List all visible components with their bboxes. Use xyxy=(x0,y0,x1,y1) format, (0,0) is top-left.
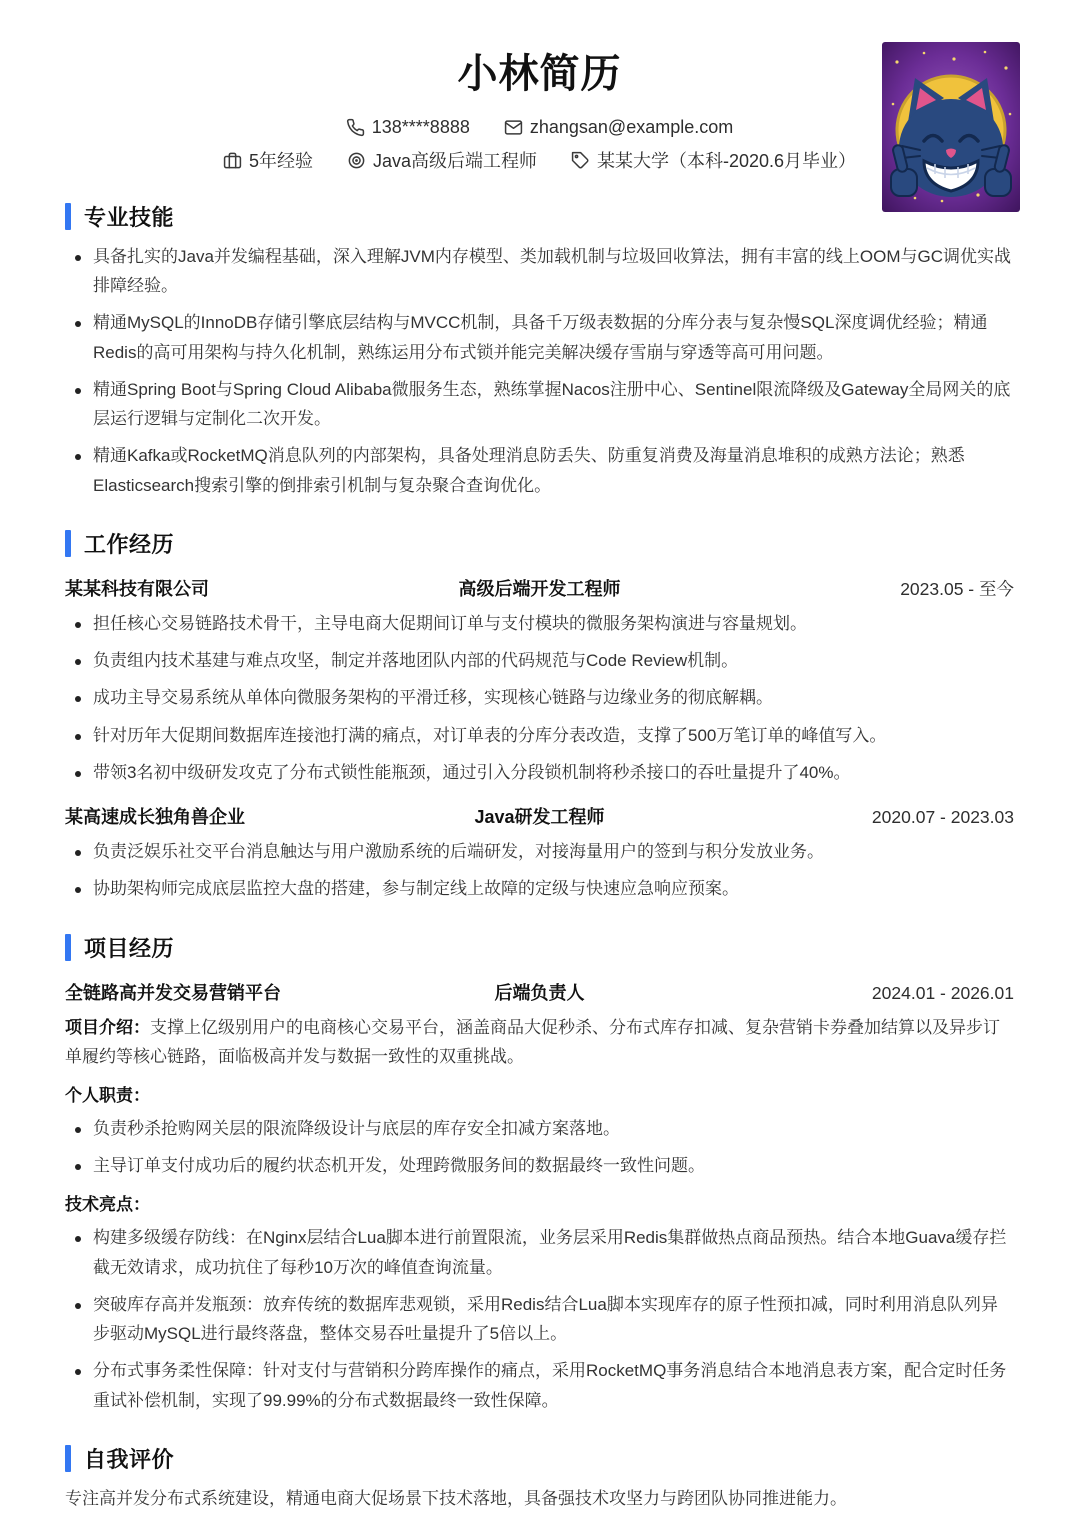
self-evaluation-text: 专注高并发分布式系统建设，精通电商大促场景下技术落地，具备强技术攻坚力与跨团队协… xyxy=(65,1484,1014,1513)
company-name: 某某科技有限公司 xyxy=(65,575,400,601)
job-target: Java高级后端工程师 xyxy=(373,147,537,173)
project-name: 全链路高并发交易营销平台 xyxy=(65,979,400,1005)
list-item: 突破库存高并发瓶颈：放弃传统的数据库悲观锁，采用Redis结合Lua脚本实现库存… xyxy=(65,1290,1014,1348)
education-contact: 某某大学（本科-2020.6月毕业） xyxy=(571,147,856,173)
phone-icon xyxy=(346,118,365,137)
job-bullets-2: 负责泛娱乐社交平台消息触达与用户激励系统的后端研发，对接海量用户的签到与积分发放… xyxy=(65,837,1014,903)
list-item: 针对历年大促期间数据库连接池打满的痛点，对订单表的分库分表改造，支撑了500万笔… xyxy=(65,721,1014,750)
project-header: 全链路高并发交易营销平台 后端负责人 2024.01 - 2026.01 xyxy=(65,979,1014,1005)
phone-contact: 138****8888 xyxy=(346,117,470,138)
list-item: 精通Spring Boot与Spring Cloud Alibaba微服务生态，… xyxy=(65,375,1014,433)
resume-header: 小林简历 138****8888 zhangsan@example.com xyxy=(65,42,1014,173)
job-header-2: 某高速成长独角兽企业 Java研发工程师 2020.07 - 2023.03 xyxy=(65,803,1014,829)
job-period: 2020.07 - 2023.03 xyxy=(679,807,1014,828)
contact-row-2: 5年经验 Java高级后端工程师 某某大学（本科-2020.6月毕业） xyxy=(65,147,1014,173)
email-address: zhangsan@example.com xyxy=(530,117,733,138)
list-item: 具备扎实的Java并发编程基础，深入理解JVM内存模型、类加载机制与垃圾回收算法… xyxy=(65,242,1014,300)
email-icon xyxy=(504,118,523,137)
project-role: 后端负责人 xyxy=(400,979,679,1005)
section-accent-bar xyxy=(65,530,71,557)
experience-years: 5年经验 xyxy=(249,147,313,173)
list-item: 精通Kafka或RocketMQ消息队列的内部架构，具备处理消息防丢失、防重复消… xyxy=(65,441,1014,499)
project-period: 2024.01 - 2026.01 xyxy=(679,983,1014,1004)
email-contact: zhangsan@example.com xyxy=(504,117,733,138)
job-bullets-1: 担任核心交易链路技术骨干，主导电商大促期间订单与支付模块的微服务架构演进与容量规… xyxy=(65,609,1014,787)
section-title-work: 工作经历 xyxy=(65,528,1014,559)
experience-contact: 5年经验 xyxy=(223,147,313,173)
list-item: 负责组内技术基建与难点攻坚，制定并落地团队内部的代码规范与Code Review… xyxy=(65,646,1014,675)
contact-row-1: 138****8888 zhangsan@example.com xyxy=(65,117,1014,138)
skills-list: 具备扎实的Java并发编程基础，深入理解JVM内存模型、类加载机制与垃圾回收算法… xyxy=(65,242,1014,500)
section-title-project: 项目经历 xyxy=(65,932,1014,963)
list-item: 精通MySQL的InnoDB存储引擎底层结构与MVCC机制，具备千万级表数据的分… xyxy=(65,308,1014,366)
highlights-list: 构建多级缓存防线：在Nginx层结合Lua脚本进行前置限流，业务层采用Redis… xyxy=(65,1223,1014,1414)
job-title: Java研发工程师 xyxy=(400,803,679,829)
list-item: 带领3名初中级研发攻克了分布式锁性能瓶颈，通过引入分段锁机制将秒杀接口的吞吐量提… xyxy=(65,758,1014,787)
list-item: 分布式事务柔性保障：针对支付与营销积分跨库操作的痛点，采用RocketMQ事务消… xyxy=(65,1356,1014,1414)
section-accent-bar xyxy=(65,934,71,961)
section-heading: 自我评价 xyxy=(84,1443,174,1474)
avatar xyxy=(882,42,1020,212)
section-heading: 专业技能 xyxy=(84,201,174,232)
section-title-skills: 专业技能 xyxy=(65,201,1014,232)
list-item: 担任核心交易链路技术骨干，主导电商大促期间订单与支付模块的微服务架构演进与容量规… xyxy=(65,609,1014,638)
section-title-self-evaluation: 自我评价 xyxy=(65,1443,1014,1474)
list-item: 负责秒杀抢购网关层的限流降级设计与底层的库存安全扣减方案落地。 xyxy=(65,1114,1014,1143)
section-self-evaluation: 自我评价 专注高并发分布式系统建设，精通电商大促场景下技术落地，具备强技术攻坚力… xyxy=(65,1443,1014,1513)
highlights-label: 技术亮点： xyxy=(65,1190,1014,1215)
list-item: 负责泛娱乐社交平台消息触达与用户激励系统的后端研发，对接海量用户的签到与积分发放… xyxy=(65,837,1014,866)
tag-icon xyxy=(571,151,590,170)
job-target-contact: Java高级后端工程师 xyxy=(347,147,537,173)
education-info: 某某大学（本科-2020.6月毕业） xyxy=(597,147,856,173)
project-intro: 项目介绍：支撑上亿级别用户的电商核心交易平台，涵盖商品大促秒杀、分布式库存扣减、… xyxy=(65,1013,1014,1071)
section-accent-bar xyxy=(65,203,71,230)
duties-label: 个人职责： xyxy=(65,1081,1014,1106)
list-item: 成功主导交易系统从单体向微服务架构的平滑迁移，实现核心链路与边缘业务的彻底解耦。 xyxy=(65,683,1014,712)
project-intro-label: 项目介绍： xyxy=(65,1018,150,1037)
target-icon xyxy=(347,151,366,170)
list-item: 协助架构师完成底层监控大盘的搭建，参与制定线上故障的定级与快速应急响应预案。 xyxy=(65,874,1014,903)
briefcase-icon xyxy=(223,151,242,170)
section-heading: 项目经历 xyxy=(84,932,174,963)
section-skills: 专业技能 具备扎实的Java并发编程基础，深入理解JVM内存模型、类加载机制与垃… xyxy=(65,201,1014,500)
job-title: 高级后端开发工程师 xyxy=(400,575,679,601)
page-title: 小林简历 xyxy=(65,42,1014,99)
avatar-cat-image xyxy=(882,42,1020,212)
list-item: 主导订单支付成功后的履约状态机开发，处理跨微服务间的数据最终一致性问题。 xyxy=(65,1151,1014,1180)
resume-page: 小林简历 138****8888 zhangsan@example.com xyxy=(0,0,1080,1526)
section-work: 工作经历 某某科技有限公司 高级后端开发工程师 2023.05 - 至今 担任核… xyxy=(65,528,1014,904)
job-header-1: 某某科技有限公司 高级后端开发工程师 2023.05 - 至今 xyxy=(65,575,1014,601)
section-project: 项目经历 全链路高并发交易营销平台 后端负责人 2024.01 - 2026.0… xyxy=(65,932,1014,1415)
job-period: 2023.05 - 至今 xyxy=(679,576,1014,601)
company-name: 某高速成长独角兽企业 xyxy=(65,803,400,829)
phone-number: 138****8888 xyxy=(372,117,470,138)
section-accent-bar xyxy=(65,1445,71,1472)
duties-list: 负责秒杀抢购网关层的限流降级设计与底层的库存安全扣减方案落地。 主导订单支付成功… xyxy=(65,1114,1014,1180)
list-item: 构建多级缓存防线：在Nginx层结合Lua脚本进行前置限流，业务层采用Redis… xyxy=(65,1223,1014,1281)
project-intro-text: 支撑上亿级别用户的电商核心交易平台，涵盖商品大促秒杀、分布式库存扣减、复杂营销卡… xyxy=(65,1018,1000,1066)
section-heading: 工作经历 xyxy=(84,528,174,559)
